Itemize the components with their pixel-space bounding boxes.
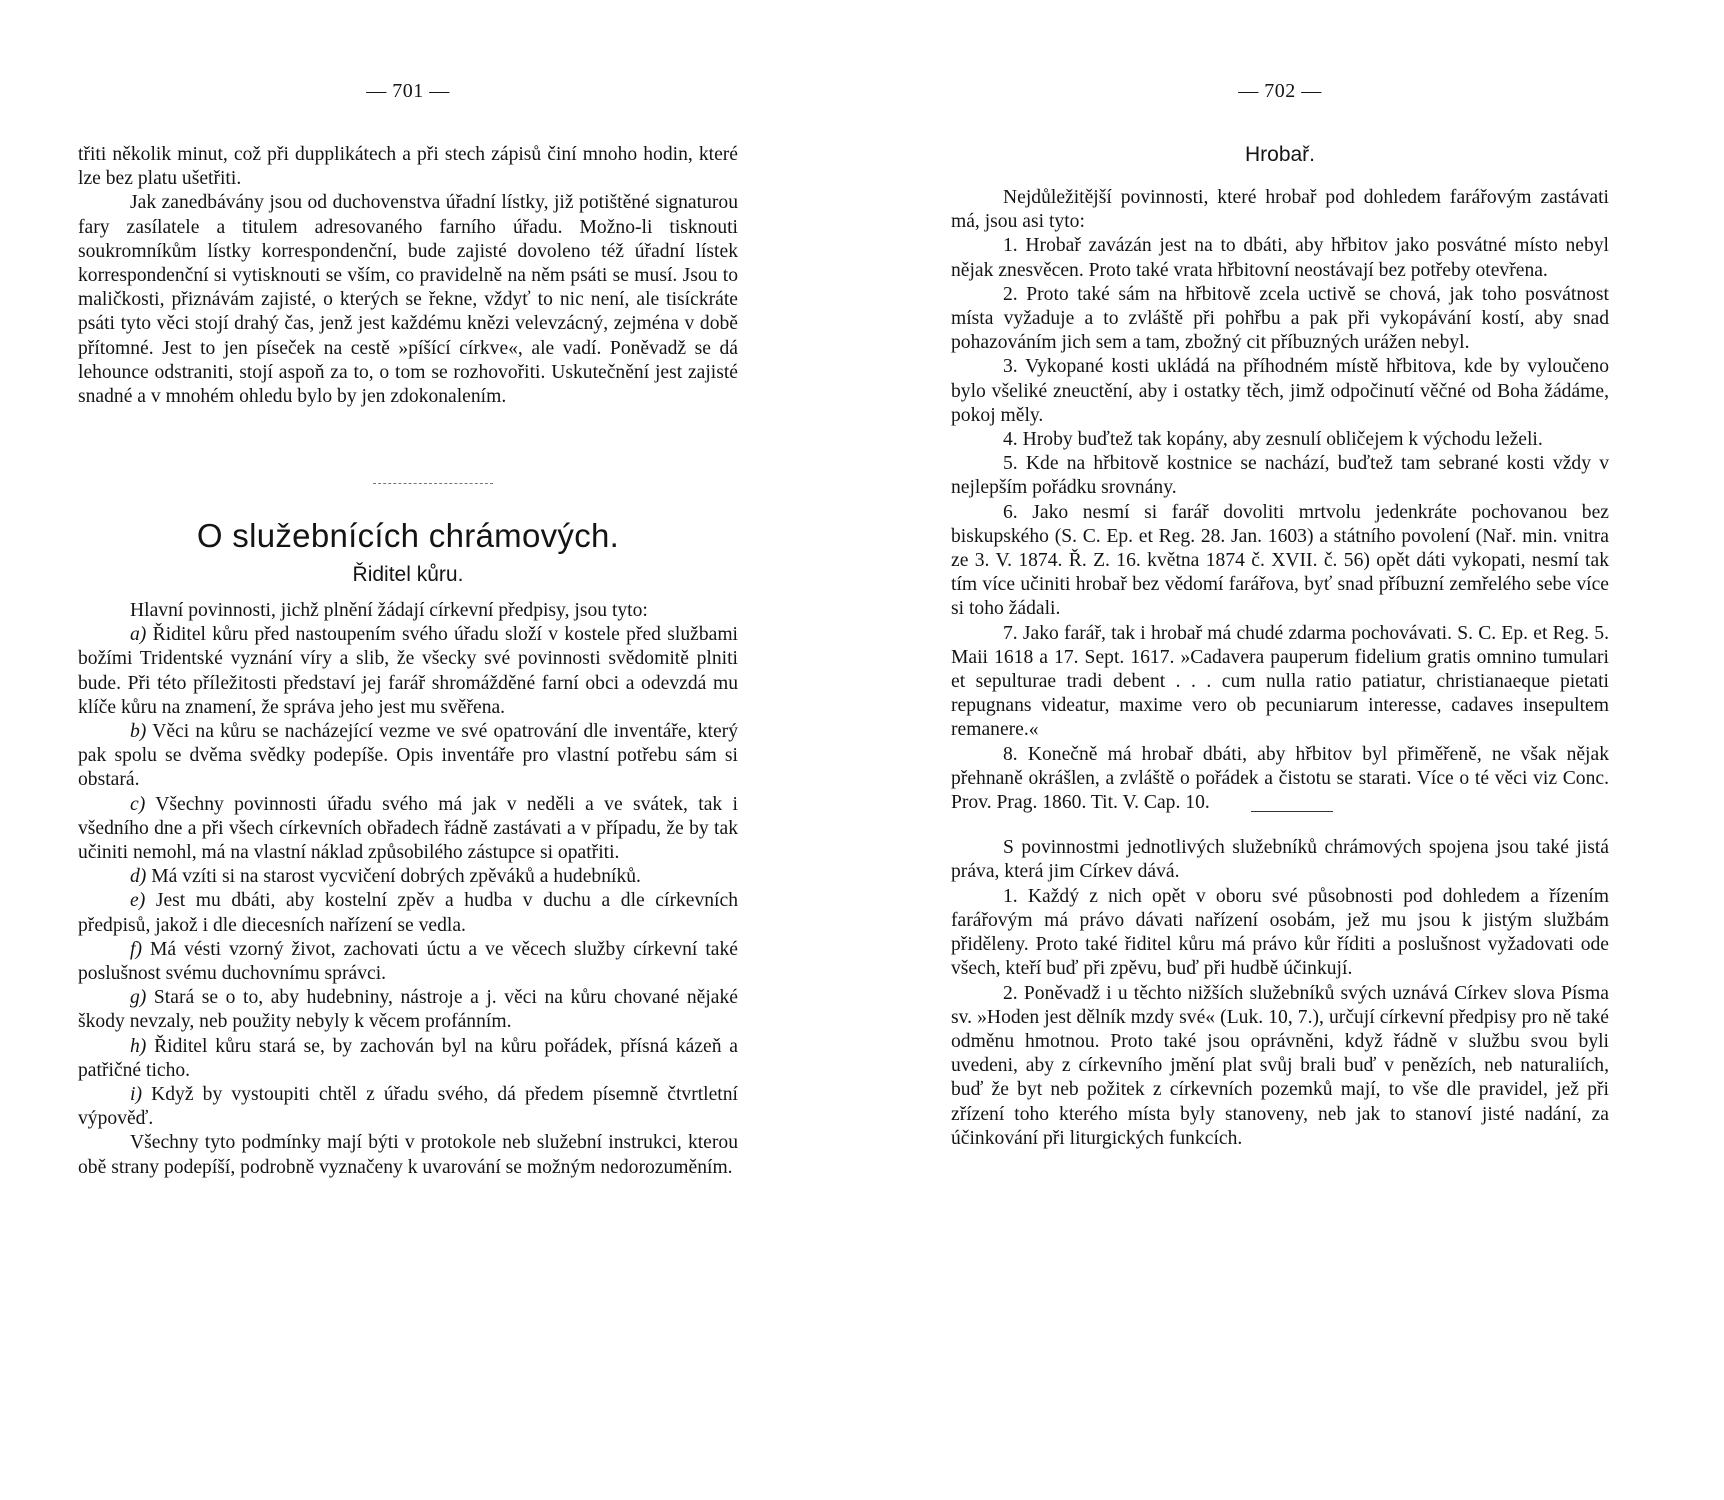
- lead-paragraph: Nejdůležitější povinnosti, které hrobař …: [951, 186, 1609, 234]
- subsection-title: Hrobař.: [951, 143, 1609, 167]
- item-text: Všechny povinnosti úřadu svého má jak v …: [78, 794, 738, 863]
- item-marker: 1.: [1003, 235, 1018, 256]
- list-item: 6. Jako nesmí si farář dovoliti mrtvolu …: [951, 501, 1609, 622]
- list-item: f) Má vésti vzorný život, zachovati úctu…: [78, 938, 738, 986]
- list-item: e) Jest mu dbáti, aby kostelní zpěv a hu…: [78, 889, 738, 937]
- item-text: Má vzíti si na starost vycvičení dobrých…: [151, 866, 641, 887]
- list-item: b) Věci na kůru se nacházející vezme ve …: [78, 720, 738, 793]
- page-number: — 701 —: [78, 80, 738, 103]
- item-text: Hroby buďtež tak kopány, aby zesnulí obl…: [1023, 429, 1543, 450]
- item-text: Řiditel kůru stará se, by zachován byl n…: [78, 1036, 738, 1081]
- item-text: Hrobař zavázán jest na to dbáti, aby hřb…: [951, 235, 1609, 280]
- rights-lead-paragraph: S povinnostmi jednotlivých služebníků ch…: [951, 836, 1609, 884]
- item-text: Věci na kůru se nacházející vezme ve své…: [78, 721, 738, 790]
- item-text: Kde na hřbitově kostnice se nachází, buď…: [951, 453, 1609, 498]
- list-item: 5. Kde na hřbitově kostnice se nachází, …: [951, 452, 1609, 500]
- list-item: a) Řiditel kůru před nastoupením svého ú…: [78, 623, 738, 720]
- list-item: 2. Poněvadž i u těchto nižších služebník…: [951, 982, 1609, 1151]
- list-item: i) Když by vystoupiti chtěl z úřadu svéh…: [78, 1083, 738, 1131]
- list-item: 1. Hrobař zavázán jest na to dbáti, aby …: [951, 234, 1609, 282]
- list-item: 3. Vykopané kosti ukládá na příhodném mí…: [951, 355, 1609, 428]
- item-marker: d): [130, 866, 146, 887]
- item-text: Jako nesmí si farář dovoliti mrtvolu jed…: [951, 502, 1609, 620]
- item-marker: 1.: [1003, 886, 1018, 907]
- item-marker: c): [130, 794, 145, 815]
- item-text: Poněvadž i u těchto nižších služebníků s…: [951, 983, 1609, 1149]
- subsection-title: Řiditel kůru.: [78, 563, 738, 587]
- list-item: 7. Jako farář, tak i hrobař má chudé zda…: [951, 622, 1609, 743]
- gravedigger-duties: Nejdůležitější povinnosti, které hrobař …: [951, 186, 1609, 1151]
- item-text: Stará se o to, aby hudebniny, nástroje a…: [78, 987, 738, 1032]
- paragraph: Jak zanedbávány jsou od duchovenstva úřa…: [78, 191, 738, 409]
- section-title: O služebnících chrámových.: [78, 517, 738, 555]
- lead-paragraph: Hlavní povinnosti, jichž plnění žádají c…: [78, 599, 738, 623]
- list-item: 4. Hroby buďtež tak kopány, aby zesnulí …: [951, 428, 1609, 452]
- section-divider: [373, 483, 493, 484]
- item-marker: e): [130, 890, 145, 911]
- item-text: Jest mu dbáti, aby kostelní zpěv a hudba…: [78, 890, 738, 935]
- item-marker: 8.: [1003, 744, 1018, 765]
- closing-paragraph: Všechny tyto podmínky mají býti v protok…: [78, 1131, 738, 1179]
- item-marker: 5.: [1003, 453, 1018, 474]
- intro-text: třiti několik minut, což při dupplikátec…: [78, 143, 738, 409]
- list-item: d) Má vzíti si na starost vycvičení dobr…: [78, 865, 738, 889]
- item-text: Jako farář, tak i hrobař má chudé zdarma…: [951, 623, 1609, 741]
- list-item: 8. Konečně má hrobař dbáti, aby hřbitov …: [951, 743, 1609, 816]
- item-marker: a): [130, 624, 146, 645]
- item-text: Řiditel kůru před nastoupením svého úřad…: [78, 624, 738, 718]
- item-marker: 7.: [1003, 623, 1018, 644]
- item-marker: 4.: [1003, 429, 1018, 450]
- item-marker: 2.: [1003, 284, 1018, 305]
- page-number: — 702 —: [951, 80, 1609, 103]
- item-marker: 3.: [1003, 356, 1018, 377]
- choir-director-duties: Hlavní povinnosti, jichž plnění žádají c…: [78, 599, 738, 1180]
- paragraph: třiti několik minut, což při dupplikátec…: [78, 143, 738, 191]
- item-marker: g): [130, 987, 146, 1008]
- item-text: Vykopané kosti ukládá na příhodném místě…: [951, 356, 1609, 425]
- item-marker: h): [130, 1036, 146, 1057]
- list-item: c) Všechny povinnosti úřadu svého má jak…: [78, 793, 738, 866]
- item-marker: b): [130, 721, 146, 742]
- list-item: h) Řiditel kůru stará se, by zachován by…: [78, 1035, 738, 1083]
- item-text: Když by vystoupiti chtěl z úřadu svého, …: [78, 1084, 738, 1129]
- item-marker: f): [130, 939, 142, 960]
- item-text: Má vésti vzorný život, zachovati úctu a …: [78, 939, 738, 984]
- item-text: Každý z nich opět v oboru své působnosti…: [951, 886, 1609, 980]
- item-marker: i): [130, 1084, 142, 1105]
- item-marker: 6.: [1003, 502, 1018, 523]
- list-item: 2. Proto také sám na hřbitově zcela ucti…: [951, 283, 1609, 356]
- item-text: Konečně má hrobař dbáti, aby hřbitov byl…: [951, 744, 1609, 813]
- list-item: 1. Každý z nich opět v oboru své působno…: [951, 885, 1609, 982]
- item-marker: 2.: [1003, 983, 1018, 1004]
- list-item: g) Stará se o to, aby hudebniny, nástroj…: [78, 986, 738, 1034]
- item-text: Proto také sám na hřbitově zcela uctivě …: [951, 284, 1609, 353]
